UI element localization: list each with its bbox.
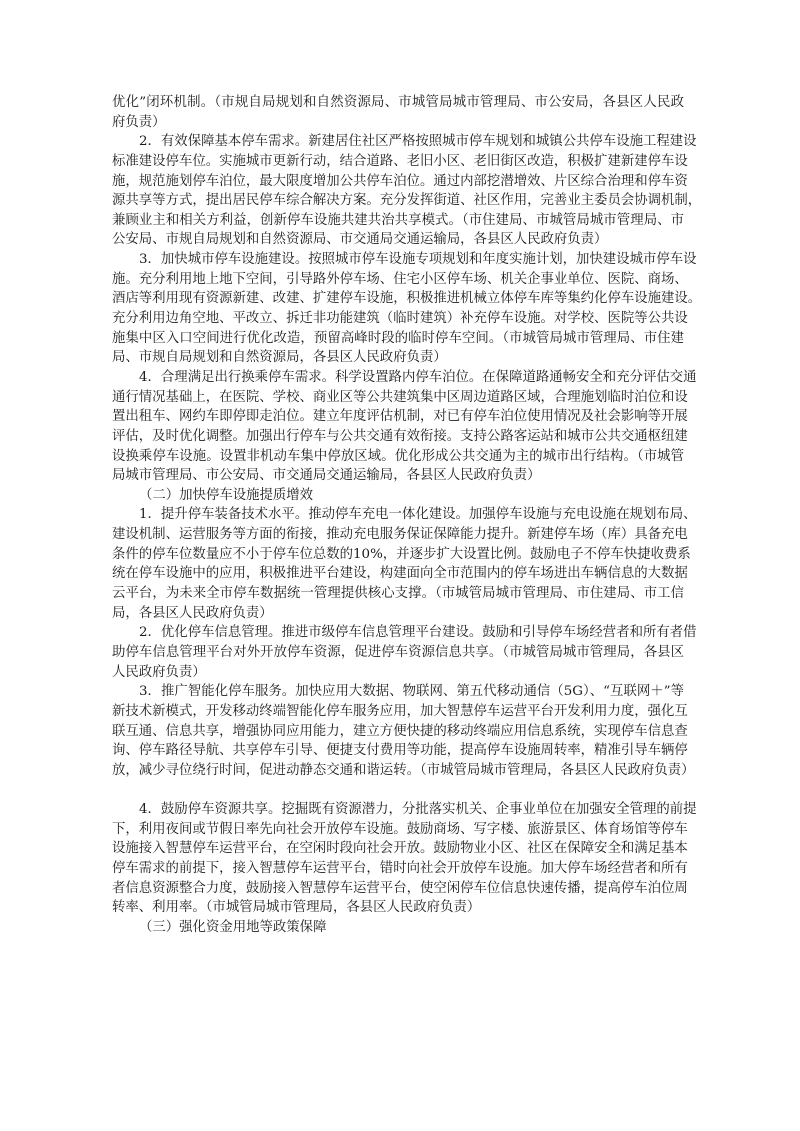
text-line: 局，各县区人民政府负责） xyxy=(112,604,684,624)
text-line: 4．合理满足出行换乘停车需求。科学设置路内停车泊位。在保障道路通畅安全和充分评估… xyxy=(112,368,684,388)
text-line: 2．有效保障基本停车需求。新建居住社区严格按照城市停车规划和城镇公共停车设施工程… xyxy=(112,132,684,152)
section-heading-text: （三）强化资金用地等政策保障 xyxy=(112,918,684,938)
text-line: 局城市管理局、市公安局、市交通局交通运输局，各县区人民政府负责） xyxy=(112,466,684,486)
section-heading-text: （二）加快停车设施提质增效 xyxy=(112,486,684,506)
text-line: 4．鼓励停车资源共享。挖掘既有资源潜力，分批落实机关、企事业单位在加强安全管理的… xyxy=(112,800,684,820)
paragraph-item-2-2: 2．优化停车信息管理。推进市级停车信息管理平台建设。鼓励和引导停车场经营者和所有… xyxy=(112,623,684,682)
text-line: 者信息资源整合力度，鼓励接入智慧停车运营平台，使空闲停车位信息快速传播，提高停车… xyxy=(112,879,684,899)
text-line: 建设机制、运营服务等方面的衔接，推动充电服务保证保障能力提升。新建停车场（库）具… xyxy=(112,525,684,545)
paragraph-item-1-3: 3．加快城市停车设施建设。按照城市停车设施专项规划和年度实施计划，加快建设城市停… xyxy=(112,250,684,368)
text-line: 充分利用边角空地、平改立、拆迁非功能建筑（临时建筑）补充停车设施。对学校、医院等… xyxy=(112,309,684,329)
document-page: 优化”闭环机制。（市规自局规划和自然资源局、市城管局城市管理局、市公安局，各县区… xyxy=(112,93,684,938)
section-heading-2: （二）加快停车设施提质增效 xyxy=(112,486,684,506)
text-line: 3．加快城市停车设施建设。按照城市停车设施专项规划和年度实施计划，加快建设城市停… xyxy=(112,250,684,270)
text-line: 施，规范施划停车泊位，最大限度增加公共停车泊位。通过内部挖潜增效、片区综合治理和… xyxy=(112,172,684,192)
text-line: 统在停车设施中的应用，积极推进平台建设，构建面向全市范围内的停车场进出车辆信息的… xyxy=(112,564,684,584)
paragraph-item-2-3: 3．推广智能化停车服务。加快应用大数据、物联网、第五代移动通信（5G）、“互联网… xyxy=(112,682,684,780)
text-line: 联互通、信息共享，增强协同应用能力，建立方便快捷的移动终端应用信息系统，实现停车… xyxy=(112,722,684,742)
text-line: 转率、利用率。（市城管局城市管理局，各县区人民政府负责） xyxy=(112,898,684,918)
text-line: 评估，及时优化调整。加强出行停车与公共交通有效衔接。支持公路客运站和城市公共交通… xyxy=(112,427,684,447)
text-line: 通行情况基础上，在医院、学校、商业区等公共建筑集中区周边道路区域，合理施划临时泊… xyxy=(112,388,684,408)
text-line: 公安局、市规自局规划和自然资源局、市交通局交通运输局，各县区人民政府负责） xyxy=(112,230,684,250)
text-line: 放，减少寻位绕行时间，促进动静态交通和谐运转。（市城管局城市管理局，各县区人民政… xyxy=(112,761,684,781)
text-line: 标准建设停车位。实施城市更新行动，结合道路、老旧小区、老旧街区改造，积极扩建新建… xyxy=(112,152,684,172)
text-line: 施。充分利用地上地下空间，引导路外停车场、住宅小区停车场、机关企事业单位、医院、… xyxy=(112,270,684,290)
text-line: 兼顾业主和相关方利益，创新停车设施共建共治共享模式。（市住建局、市城管局城市管理… xyxy=(112,211,684,231)
text-line: 置出租车、网约车即停即走泊位。建立年度评估机制，对已有停车泊位使用情况及社会影响… xyxy=(112,407,684,427)
text-line: 云平台，为未来全市停车数据统一管理提供核心支撑。（市城管局城市管理局、市住建局、… xyxy=(112,584,684,604)
text-line: 施集中区入口空间进行优化改造，预留高峰时段的临时停车空间。（市城管局城市管理局、… xyxy=(112,329,684,349)
text-line: 酒店等利用现有资源新建、改建、扩建停车设施，积极推进机械立体停车库等集约化停车设… xyxy=(112,289,684,309)
text-line: 设换乘停车设施。设置非机动车集中停放区域。优化形成公共交通为主的城市出行结构。（… xyxy=(112,447,684,467)
text-line: 1．提升停车装备技术水平。推动停车充电一体化建设。加强停车设施与充电设施在规划布… xyxy=(112,505,684,525)
text-line: 府负责） xyxy=(112,113,684,133)
text-line: 局、市规自局规划和自然资源局，各县区人民政府负责） xyxy=(112,348,684,368)
text-line: 设施接入智慧停车运营平台，在空闲时段向社会开放。鼓励物业小区、社区在保障安全和满… xyxy=(112,839,684,859)
text-line: 下，利用夜间或节假日率先向社会开放停车设施。鼓励商场、写字楼、旅游景区、体育场馆… xyxy=(112,820,684,840)
paragraph-item-1-2: 2．有效保障基本停车需求。新建居住社区严格按照城市停车规划和城镇公共停车设施工程… xyxy=(112,132,684,250)
blank-line xyxy=(112,780,684,800)
text-line: 2．优化停车信息管理。推进市级停车信息管理平台建设。鼓励和引导停车场经营者和所有… xyxy=(112,623,684,643)
text-line: 源共享等方式，提出居民停车综合解决方案。充分发挥街道、社区作用，完善业主委员会协… xyxy=(112,191,684,211)
text-line: 停车需求的前提下，接入智慧停车运营平台，错时向社会开放停车设施。加大停车场经营者… xyxy=(112,859,684,879)
text-line: 询、停车路径导航、共享停车引导、便捷支付费用等功能，提高停车设施周转率，精准引导… xyxy=(112,741,684,761)
paragraph-item-1-4: 4．合理满足出行换乘停车需求。科学设置路内停车泊位。在保障道路通畅安全和充分评估… xyxy=(112,368,684,486)
paragraph-closing: 优化”闭环机制。（市规自局规划和自然资源局、市城管局城市管理局、市公安局，各县区… xyxy=(112,93,684,132)
paragraph-item-2-1: 1．提升停车装备技术水平。推动停车充电一体化建设。加强停车设施与充电设施在规划布… xyxy=(112,505,684,623)
text-line: 3．推广智能化停车服务。加快应用大数据、物联网、第五代移动通信（5G）、“互联网… xyxy=(112,682,684,702)
text-line: 人民政府负责） xyxy=(112,663,684,683)
text-line: 优化”闭环机制。（市规自局规划和自然资源局、市城管局城市管理局、市公安局，各县区… xyxy=(112,93,684,113)
paragraph-item-2-4: 4．鼓励停车资源共享。挖掘既有资源潜力，分批落实机关、企事业单位在加强安全管理的… xyxy=(112,800,684,918)
text-line: 条件的停车位数量应不小于停车位总数的10%，并逐步扩大设置比例。鼓励电子不停车快… xyxy=(112,545,684,565)
text-line: 助停车信息管理平台对外开放停车资源，促进停车资源信息共享。（市城管局城市管理局，… xyxy=(112,643,684,663)
section-heading-3: （三）强化资金用地等政策保障 xyxy=(112,918,684,938)
text-line: 新技术新模式，开发移动终端智能化停车服务应用，加大智慧停车运营平台开发利用力度，… xyxy=(112,702,684,722)
